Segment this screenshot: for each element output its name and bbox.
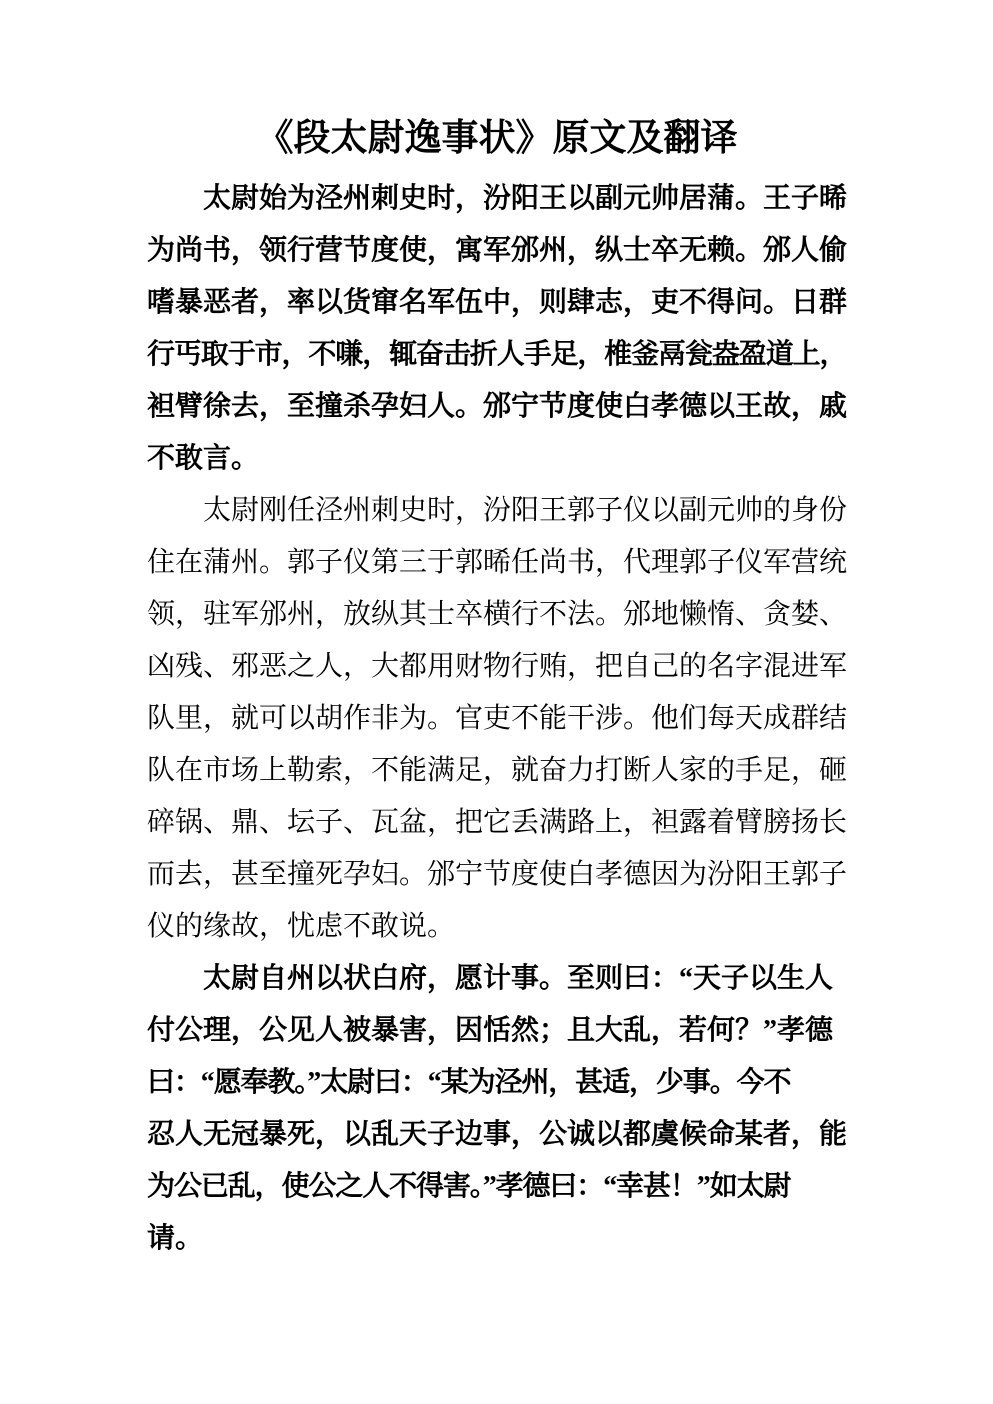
text-line: 碎锅、鼎、坛子、瓦盆，把它丢满路上，袒露着臂膀扬长 (147, 797, 847, 849)
text-line: 太尉始为泾州刺史时，汾阳王以副元帅居蒲。王子晞 (147, 173, 847, 225)
text-line: 而去，甚至撞死孕妇。邠宁节度使白孝德因为汾阳王郭子 (147, 849, 847, 901)
text-line: 领，驻军邠州，放纵其士卒横行不法。邠地懒惰、贪婪、 (147, 589, 847, 641)
paragraph-3-original: 太尉自州以状白府，愿计事。至则曰：“天子以生人 付公理，公见人被暴害，因恬然；且… (147, 953, 847, 1265)
text-line: 太尉刚任泾州刺史时，汾阳王郭子仪以副元帅的身份 (147, 485, 847, 537)
text-line: 请。 (147, 1213, 847, 1265)
text-line: 不敢言。 (147, 433, 847, 485)
text-line: 队里，就可以胡作非为。官吏不能干涉。他们每天成群结 (147, 693, 847, 745)
paragraph-1-original: 太尉始为泾州刺史时，汾阳王以副元帅居蒲。王子晞 为尚书，领行营节度使，寓军邠州，… (147, 173, 847, 485)
text-line: 队在市场上勒索，不能满足，就奋力打断人家的手足，砸 (147, 745, 847, 797)
text-line: 忍人无冠暴死，以乱天子边事，公诚以都虞候命某者，能 (147, 1109, 847, 1161)
text-line: 行丐取于市，不嗛，辄奋击折人手足，椎釜鬲瓮盎盈道上， (147, 329, 847, 381)
text-line: 袒臂徐去，至撞杀孕妇人。邠宁节度使白孝德以王故，戚 (147, 381, 847, 433)
paragraph-2-translation: 太尉刚任泾州刺史时，汾阳王郭子仪以副元帅的身份 住在蒲州。郭子仪第三于郭晞任尚书… (147, 485, 847, 953)
text-line: 太尉自州以状白府，愿计事。至则曰：“天子以生人 (147, 953, 847, 1005)
text-line: 住在蒲州。郭子仪第三于郭晞任尚书，代理郭子仪军营统 (147, 537, 847, 589)
text-line: 嗜暴恶者，率以货窜名军伍中，则肆志，吏不得问。日群 (147, 277, 847, 329)
text-line: 为尚书，领行营节度使，寓军邠州，纵士卒无赖。邠人偷 (147, 225, 847, 277)
text-line: 凶残、邪恶之人，大都用财物行贿，把自己的名字混进军 (147, 641, 847, 693)
text-line: 付公理，公见人被暴害，因恬然；且大乱，若何？”孝德 (147, 1005, 847, 1057)
document-title: 《段太尉逸事状》原文及翻译 (147, 116, 847, 162)
text-line: 曰：“愿奉教。”太尉曰：“某为泾州，甚适，少事。今不 (147, 1057, 847, 1109)
text-line: 为公已乱，使公之人不得害。”孝德曰：“幸甚！”如太尉 (147, 1161, 847, 1213)
text-line: 仪的缘故，忧虑不敢说。 (147, 901, 847, 953)
document-page: 《段太尉逸事状》原文及翻译 太尉始为泾州刺史时，汾阳王以副元帅居蒲。王子晞 为尚… (0, 0, 993, 1404)
